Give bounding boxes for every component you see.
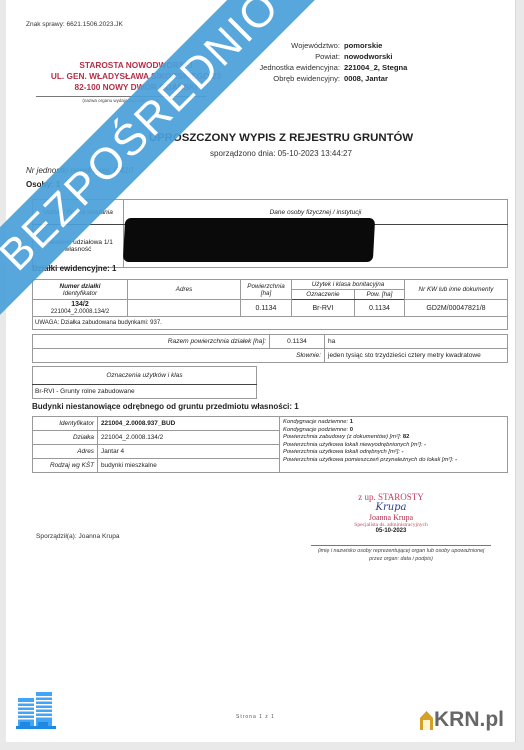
building-field-value: 221004_2.0008.937_BUD	[98, 417, 280, 431]
col-number: Numer działkiIdentyfikator	[33, 280, 128, 300]
total-unit: ha	[325, 335, 508, 349]
total-value: 0.1134	[270, 335, 325, 349]
house-icon	[420, 711, 433, 730]
buildings-logo-icon	[16, 690, 58, 732]
parcel-designation: Br-RVI	[292, 300, 355, 317]
location-value: 221004_2, Stegna	[344, 62, 407, 73]
parcel-note: UWAGA: Działka zabudowana budynkami: 937…	[33, 317, 508, 330]
col-designation: Oznaczenie	[292, 290, 355, 300]
table-row: 134/2221004_2.0008.134/2 0.1134 Br-RVI 0…	[33, 300, 508, 317]
legend-table: Oznaczenia użytków i klas Br-RVI - Grunt…	[32, 366, 257, 399]
parcel-address	[128, 300, 241, 317]
signature-stamp: z up. STAROSTY Krupa Joanna Krupa Specja…	[306, 492, 476, 534]
case-number: Znak sprawy: 6621.1506.2023.JK	[26, 21, 123, 28]
col-use: Użytek i klasa bonitacyjna	[292, 280, 405, 290]
stamp-line: z up. STAROSTY	[306, 492, 476, 502]
building-field-value: budynki mieszkalne	[98, 459, 280, 473]
parcels-table: Numer działkiIdentyfikator Adres Powierz…	[32, 279, 508, 330]
location-label: Jednostka ewidencyjna:	[236, 62, 344, 73]
signature-date: 05-10-2023	[306, 528, 476, 534]
buildings-table: Identyfikator 221004_2.0008.937_BUD Kond…	[32, 416, 508, 473]
location-value: 0008, Jantar	[344, 73, 388, 84]
building-field-label: Działka	[33, 431, 98, 445]
buildings-heading: Budynki niestanowiące odrębnego od grunt…	[32, 402, 299, 411]
redaction-block	[123, 218, 375, 262]
signer-name: Joanna Krupa	[306, 513, 476, 522]
document-page: Znak sprawy: 6621.1506.2023.JK STAROSTA …	[6, 0, 516, 742]
parcel-number: 134/2221004_2.0008.134/2	[33, 300, 128, 317]
col-address: Adres	[128, 280, 241, 300]
building-field-label: Rodzaj wg KŚT	[33, 459, 98, 473]
brand-name: KRN.pl	[434, 708, 504, 732]
location-value: pomorskie	[344, 40, 382, 51]
building-details: Kondygnacje nadziemne: 1 Kondygnacje pod…	[280, 417, 508, 473]
col-kw: Nr KW lub inne dokumenty	[405, 280, 508, 300]
location-value: nowodworski	[344, 51, 393, 62]
legend-item: Br-RVI - Grunty rolne zabudowane	[33, 385, 257, 399]
prepared-by: Sporządził(a): Joanna Krupa	[36, 533, 120, 540]
words-value: jeden tysiąc sto trzydzieści cztery metr…	[325, 349, 508, 363]
total-label: Razem powierzchnia działek [ha]:	[33, 335, 270, 349]
divider	[311, 545, 491, 546]
col-area: Powierzchnia [ha]	[241, 280, 292, 300]
words-label: Słownie:	[33, 349, 325, 363]
location-label: Obręb ewidencyjny:	[236, 73, 344, 84]
handwritten-signature: Krupa	[306, 502, 476, 513]
building-field-label: Identyfikator	[33, 417, 98, 431]
building-field-label: Adres	[33, 445, 98, 459]
page-number: Strona 1 z 1	[236, 714, 275, 720]
parcel-kw: GD2M/00047821/8	[405, 300, 508, 317]
summary-table: Razem powierzchnia działek [ha]: 0.1134 …	[32, 334, 508, 363]
parcel-area: 0.1134	[241, 300, 292, 317]
building-field-value: 221004_2.0008.134/2	[98, 431, 280, 445]
parcel-use-area: 0.1134	[354, 300, 404, 317]
legend-heading: Oznaczenia użytków i klas	[33, 367, 257, 385]
signature-caption: (imię i nazwisko osoby reprezentującej o…	[311, 547, 491, 563]
krn-logo[interactable]: KRN.pl	[420, 708, 504, 732]
location-block: Województwo:pomorskie Powiat:nowodworski…	[236, 40, 466, 84]
building-field-value: Jantar 4	[98, 445, 280, 459]
col-use-area: Pow. [ha]	[354, 290, 404, 300]
